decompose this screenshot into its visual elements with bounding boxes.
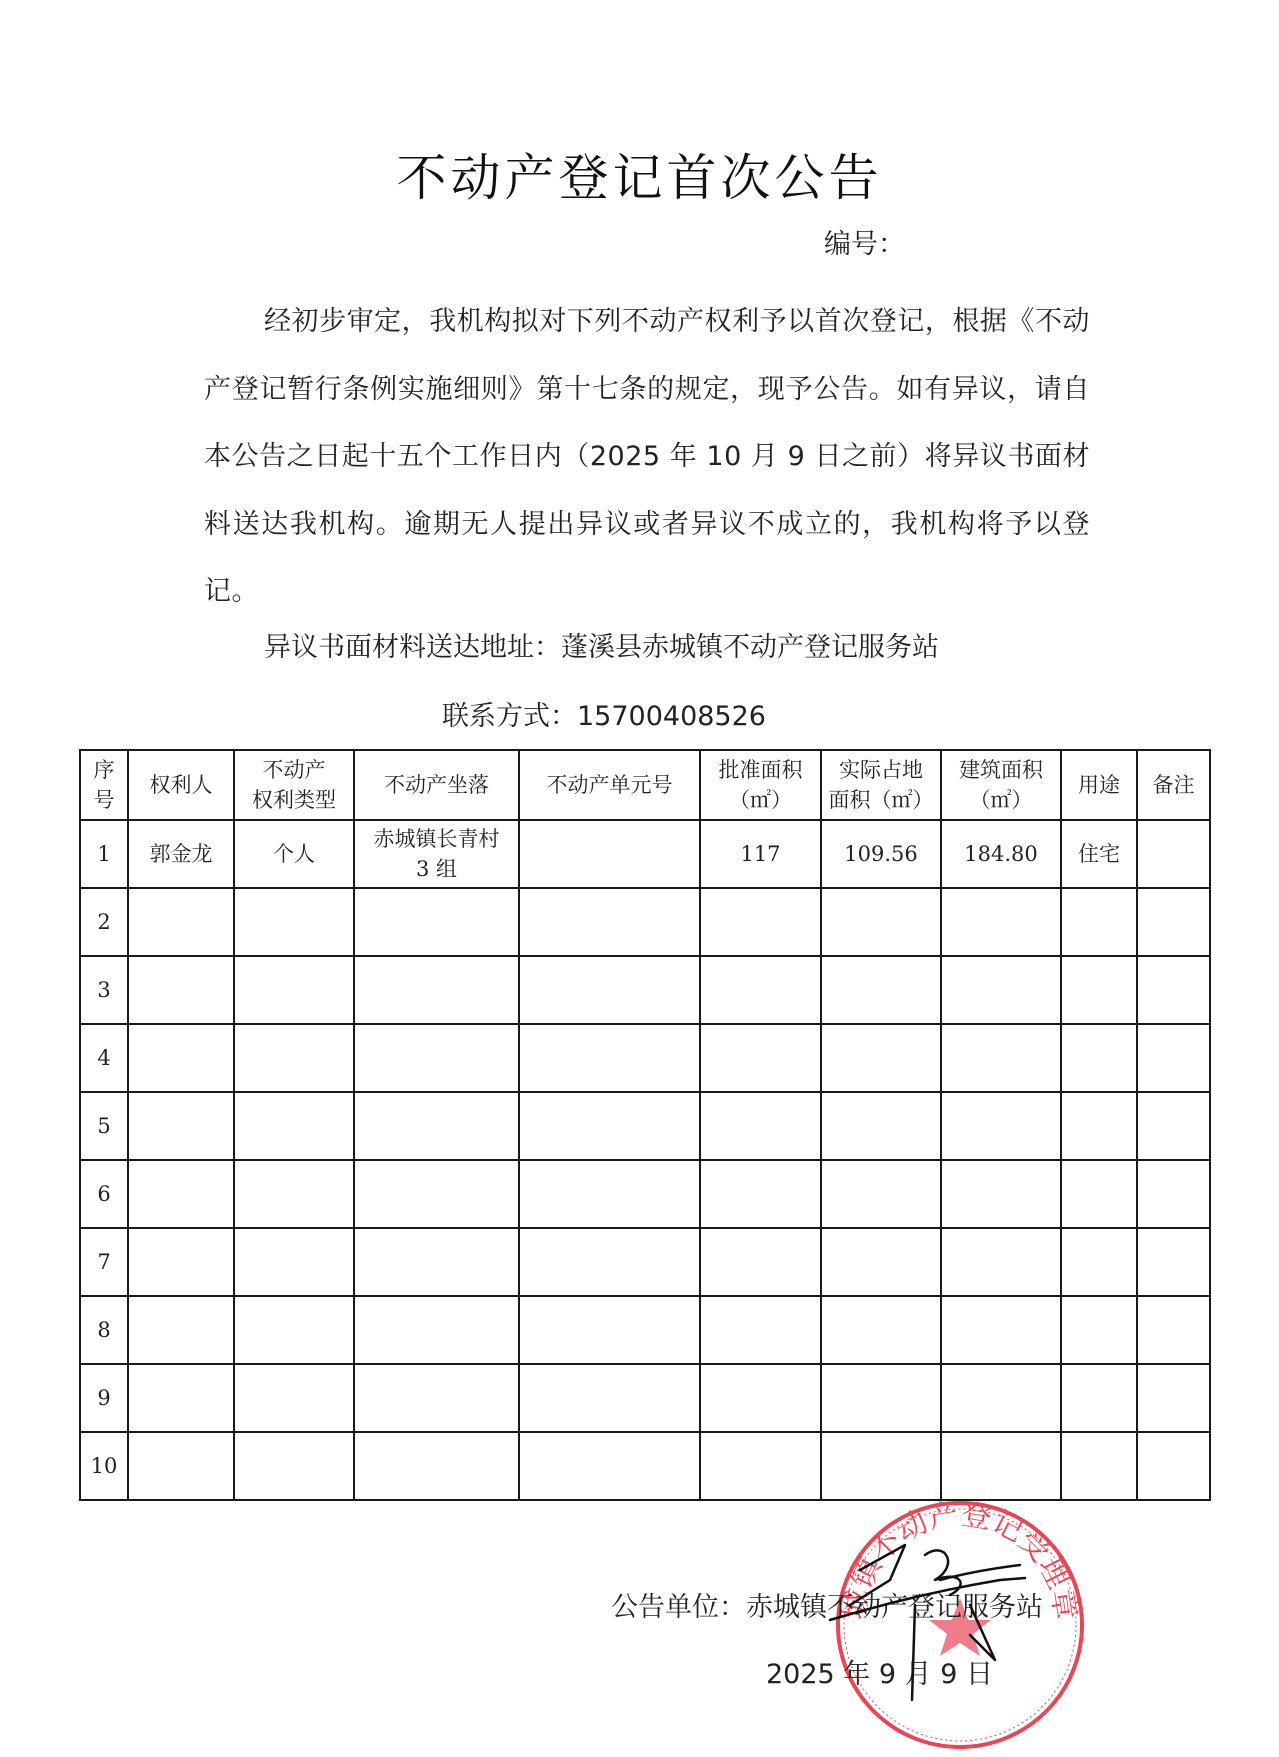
cell-no: 7	[80, 1228, 128, 1296]
cell-actual-area	[821, 1228, 941, 1296]
cell-building-area: 184.80	[941, 820, 1061, 888]
cell-no: 6	[80, 1160, 128, 1228]
cell-approved-area	[700, 1092, 821, 1160]
table-body: 1郭金龙个人赤城镇长青村 3 组117109.56184.80住宅2345678…	[80, 820, 1210, 1500]
table-row: 5	[80, 1092, 1210, 1160]
cell-location	[354, 1092, 519, 1160]
cell-owner	[128, 1160, 234, 1228]
cell-usage: 住宅	[1061, 820, 1137, 888]
cell-remark	[1137, 1092, 1210, 1160]
cell-actual-area	[821, 956, 941, 1024]
cell-approved-area	[700, 1364, 821, 1432]
cell-approved-area	[700, 1296, 821, 1364]
cell-remark	[1137, 1432, 1210, 1500]
cell-owner: 郭金龙	[128, 820, 234, 888]
cell-building-area	[941, 956, 1061, 1024]
cell-unit-no	[519, 888, 700, 956]
column-header: 备注	[1137, 750, 1210, 820]
cell-location	[354, 1024, 519, 1092]
cell-owner	[128, 1024, 234, 1092]
cell-right-type	[234, 1228, 354, 1296]
cell-building-area	[941, 1092, 1061, 1160]
cell-no: 1	[80, 820, 128, 888]
cell-approved-area	[700, 888, 821, 956]
table-row: 2	[80, 888, 1210, 956]
cell-remark	[1137, 956, 1210, 1024]
cell-approved-area	[700, 1432, 821, 1500]
cell-owner	[128, 1432, 234, 1500]
cell-owner	[128, 1296, 234, 1364]
cell-no: 4	[80, 1024, 128, 1092]
column-header: 不动产 权利类型	[234, 750, 354, 820]
cell-location	[354, 1160, 519, 1228]
cell-owner	[128, 956, 234, 1024]
cell-usage	[1061, 1364, 1137, 1432]
cell-building-area	[941, 1364, 1061, 1432]
cell-location	[354, 1296, 519, 1364]
cell-actual-area	[821, 1092, 941, 1160]
table-row: 6	[80, 1160, 1210, 1228]
cell-approved-area	[700, 1228, 821, 1296]
cell-remark	[1137, 1228, 1210, 1296]
cell-unit-no	[519, 1024, 700, 1092]
cell-remark	[1137, 1024, 1210, 1092]
cell-no: 9	[80, 1364, 128, 1432]
cell-owner	[128, 1092, 234, 1160]
cell-no: 3	[80, 956, 128, 1024]
cell-building-area	[941, 888, 1061, 956]
cell-no: 8	[80, 1296, 128, 1364]
table-header-row: 序 号权利人不动产 权利类型不动产坐落不动产单元号批准面积 （㎡）实际占地 面积…	[80, 750, 1210, 820]
cell-approved-area	[700, 1024, 821, 1092]
cell-location	[354, 888, 519, 956]
cell-unit-no	[519, 956, 700, 1024]
cell-remark	[1137, 888, 1210, 956]
column-header: 权利人	[128, 750, 234, 820]
cell-building-area	[941, 1432, 1061, 1500]
cell-right-type	[234, 1432, 354, 1500]
cell-unit-no	[519, 1092, 700, 1160]
cell-usage	[1061, 956, 1137, 1024]
cell-usage	[1061, 1160, 1137, 1228]
column-header: 序 号	[80, 750, 128, 820]
cell-actual-area	[821, 888, 941, 956]
table-row: 10	[80, 1432, 1210, 1500]
cell-right-type	[234, 1364, 354, 1432]
cell-unit-no	[519, 1364, 700, 1432]
cell-no: 5	[80, 1092, 128, 1160]
cell-remark	[1137, 1296, 1210, 1364]
registration-table: 序 号权利人不动产 权利类型不动产坐落不动产单元号批准面积 （㎡）实际占地 面积…	[79, 749, 1211, 1501]
cell-right-type: 个人	[234, 820, 354, 888]
cell-usage	[1061, 888, 1137, 956]
cell-no: 10	[80, 1432, 128, 1500]
cell-remark	[1137, 820, 1210, 888]
cell-building-area	[941, 1296, 1061, 1364]
cell-location	[354, 956, 519, 1024]
cell-right-type	[234, 1092, 354, 1160]
cell-approved-area	[700, 1160, 821, 1228]
cell-approved-area: 117	[700, 820, 821, 888]
cell-right-type	[234, 1160, 354, 1228]
cell-usage	[1061, 1432, 1137, 1500]
cell-building-area	[941, 1160, 1061, 1228]
cell-owner	[128, 1228, 234, 1296]
table-row: 9	[80, 1364, 1210, 1432]
handwritten-signature-icon	[820, 1510, 1050, 1710]
cell-unit-no	[519, 820, 700, 888]
cell-right-type	[234, 888, 354, 956]
cell-usage	[1061, 1228, 1137, 1296]
serial-number-label: 编号：	[824, 222, 905, 261]
contact-phone: 联系方式：15700408526	[442, 694, 766, 733]
cell-right-type	[234, 1024, 354, 1092]
table-row: 1郭金龙个人赤城镇长青村 3 组117109.56184.80住宅	[80, 820, 1210, 888]
cell-actual-area	[821, 1160, 941, 1228]
cell-location	[354, 1364, 519, 1432]
column-header: 批准面积 （㎡）	[700, 750, 821, 820]
cell-actual-area	[821, 1024, 941, 1092]
table-row: 3	[80, 956, 1210, 1024]
cell-no: 2	[80, 888, 128, 956]
cell-approved-area	[700, 956, 821, 1024]
cell-actual-area	[821, 1432, 941, 1500]
cell-actual-area	[821, 1296, 941, 1364]
column-header: 建筑面积 （㎡）	[941, 750, 1061, 820]
cell-unit-no	[519, 1432, 700, 1500]
cell-building-area	[941, 1228, 1061, 1296]
column-header: 实际占地 面积（㎡）	[821, 750, 941, 820]
column-header: 不动产坐落	[354, 750, 519, 820]
cell-owner	[128, 1364, 234, 1432]
cell-actual-area	[821, 1364, 941, 1432]
column-header: 不动产单元号	[519, 750, 700, 820]
cell-usage	[1061, 1024, 1137, 1092]
cell-building-area	[941, 1024, 1061, 1092]
cell-usage	[1061, 1296, 1137, 1364]
cell-actual-area: 109.56	[821, 820, 941, 888]
cell-right-type	[234, 956, 354, 1024]
cell-right-type	[234, 1296, 354, 1364]
cell-location: 赤城镇长青村 3 组	[354, 820, 519, 888]
cell-usage	[1061, 1092, 1137, 1160]
cell-owner	[128, 888, 234, 956]
table-row: 4	[80, 1024, 1210, 1092]
table-row: 7	[80, 1228, 1210, 1296]
cell-location	[354, 1432, 519, 1500]
table-row: 8	[80, 1296, 1210, 1364]
objection-address: 异议书面材料送达地址：蓬溪县赤城镇不动产登记服务站	[264, 625, 939, 664]
cell-unit-no	[519, 1296, 700, 1364]
cell-unit-no	[519, 1228, 700, 1296]
column-header: 用途	[1061, 750, 1137, 820]
cell-remark	[1137, 1364, 1210, 1432]
announcement-body: 经初步审定，我机构拟对下列不动产权利予以首次登记，根据《不动产登记暂行条例实施细…	[204, 288, 1090, 626]
document-title: 不动产登记首次公告	[0, 138, 1279, 210]
cell-location	[354, 1228, 519, 1296]
cell-unit-no	[519, 1160, 700, 1228]
cell-remark	[1137, 1160, 1210, 1228]
